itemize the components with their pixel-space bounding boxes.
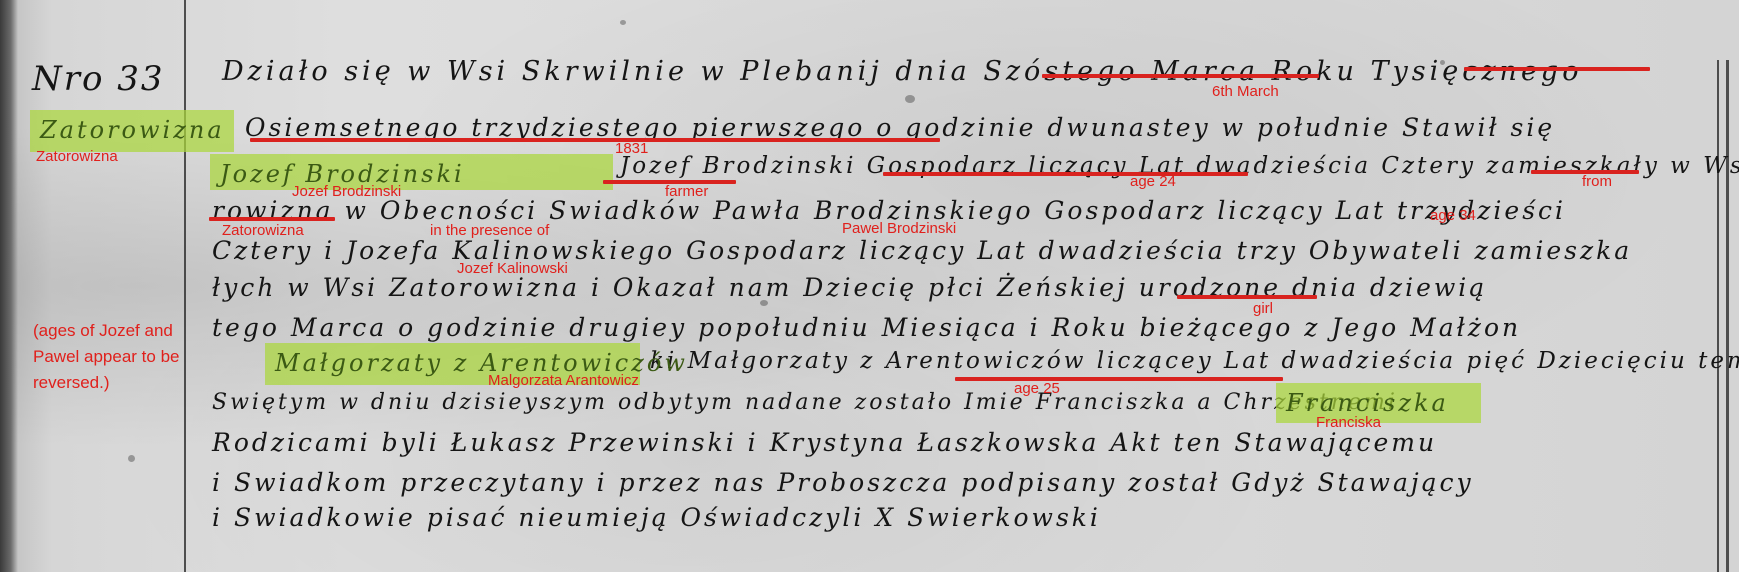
translation-year: 1831: [615, 140, 648, 157]
underline-father-age: [883, 172, 1248, 176]
entry-number: Nro 33: [32, 62, 165, 96]
translation-presence: in the presence of: [430, 222, 549, 239]
translation-father-age: age 24: [1130, 173, 1176, 190]
translation-witness1: Pawel Brodzinski: [842, 220, 956, 237]
right-rule-double: [1726, 60, 1729, 572]
underline-place: [209, 217, 335, 221]
handwritten-line-9: Swiętym w dniu dzisieyszym odbytym nadan…: [212, 392, 1398, 414]
handwritten-line-2: Osiemsetnego trzydziestego pierwszego o …: [245, 115, 1555, 140]
translation-mother-name: Malgorzata Arantowicz: [488, 372, 639, 389]
translation-place: Zatorowizna: [222, 222, 304, 239]
highlight-margin-place: Zatorowizna: [30, 110, 234, 152]
translation-sex: girl: [1253, 300, 1273, 317]
handwritten-line-11: i Swiadkom przeczytany i przez nas Probo…: [212, 470, 1474, 495]
page-edge-shadow: [0, 0, 18, 572]
translation-margin-place: Zatorowizna: [36, 148, 118, 165]
translation-date: 6th March: [1212, 83, 1279, 100]
ink-speck: [905, 95, 915, 103]
translation-mother-age: age 25: [1014, 380, 1060, 397]
translation-witness1-age: age 34: [1430, 207, 1476, 224]
translation-father-name: Jozef Brodzinski: [292, 183, 401, 200]
highlight-father-name: Jozef Brodzinski: [210, 154, 613, 190]
underline-year-part2: [250, 138, 940, 142]
ink-speck: [128, 455, 135, 462]
handwritten-line-8: ki Małgorzaty z Arentowiczów liczącey La…: [650, 350, 1739, 373]
translation-witness2: Jozef Kalinowski: [457, 260, 568, 277]
underline-date: [1042, 74, 1319, 78]
handwritten-line-10: Rodzicami byli Łukasz Przewinski i Kryst…: [212, 430, 1437, 455]
side-note-ages: (ages of Jozef and Pawel appear to be re…: [33, 318, 213, 396]
underline-year-part1: [1464, 67, 1650, 71]
handwritten-line-7: tego Marca o godzinie drugiey popołudniu…: [212, 315, 1521, 340]
right-rule: [1717, 60, 1719, 572]
translation-child-name: Franciska: [1316, 414, 1381, 431]
margin-rule: [184, 0, 186, 572]
underline-sex: [1177, 295, 1317, 299]
translation-from: from: [1582, 173, 1612, 190]
underline-mother-age: [955, 377, 1283, 381]
highlighted-text: Jozef Brodzinski: [210, 154, 613, 194]
handwritten-line-12: i Swiadkowie pisać nieumieją Oświadczyli…: [212, 505, 1101, 530]
highlighted-text: Zatorowizna: [30, 110, 234, 150]
translation-occupation: farmer: [665, 183, 708, 200]
handwritten-line-5: Cztery i Jozefa Kalinowskiego Gospodarz …: [212, 238, 1632, 263]
handwritten-line-1: Działo się w Wsi Skrwilnie w Plebanij dn…: [222, 58, 1582, 85]
ink-speck: [620, 20, 626, 25]
document-scan: Nro 33 Działo się w Wsi Skrwilnie w Pleb…: [0, 0, 1739, 572]
